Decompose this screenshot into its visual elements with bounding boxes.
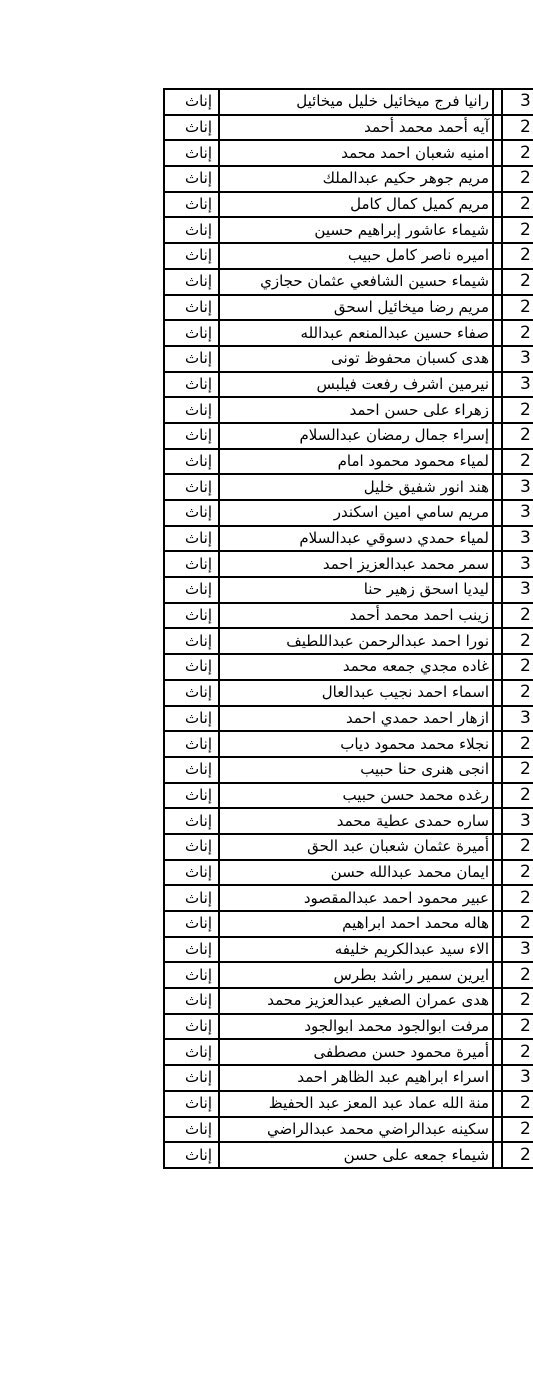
- serial-number-cell: 3: [502, 1065, 533, 1091]
- table-row: 2نورا احمد عبدالرحمن عبداللطيفإناث: [164, 628, 533, 654]
- table-body: 3رانيا فرج ميخائيل خليل ميخائيلإناث2آيه …: [164, 89, 533, 1168]
- serial-number-cell: 2: [502, 603, 533, 629]
- gender-cell: إناث: [164, 166, 219, 192]
- student-name-cell: مريم سامي امين اسكندر: [219, 500, 493, 526]
- table-row: 3ليديا اسحق زهير حناإناث: [164, 577, 533, 603]
- spacer-cell: [493, 783, 502, 809]
- gender-cell: إناث: [164, 1091, 219, 1117]
- serial-number-cell: 2: [502, 885, 533, 911]
- spacer-cell: [493, 243, 502, 269]
- serial-number-cell: 3: [502, 372, 533, 398]
- spacer-cell: [493, 988, 502, 1014]
- student-name-cell: ازهار احمد حمدي احمد: [219, 706, 493, 732]
- table-row: 2سكينه عبدالراضي محمد عبدالراضيإناث: [164, 1117, 533, 1143]
- spacer-cell: [493, 1142, 502, 1168]
- serial-number-cell: 2: [502, 911, 533, 937]
- serial-number-cell: 2: [502, 423, 533, 449]
- student-name-cell: شيماء حسين الشافعي عثمان حجازي: [219, 269, 493, 295]
- serial-number-cell: 3: [502, 89, 533, 115]
- gender-cell: إناث: [164, 1117, 219, 1143]
- serial-number-cell: 3: [502, 808, 533, 834]
- spacer-cell: [493, 731, 502, 757]
- student-name-cell: امنيه شعبان احمد محمد: [219, 140, 493, 166]
- table-row: 2صفاء حسين عبدالمنعم عبداللهإناث: [164, 320, 533, 346]
- serial-number-cell: 2: [502, 295, 533, 321]
- spacer-cell: [493, 706, 502, 732]
- spacer-cell: [493, 140, 502, 166]
- spacer-cell: [493, 1091, 502, 1117]
- spacer-cell: [493, 834, 502, 860]
- spacer-cell: [493, 295, 502, 321]
- table-row: 3هند انور شفيق خليلإناث: [164, 474, 533, 500]
- table-row: 2أميرة عثمان شعبان عبد الحقإناث: [164, 834, 533, 860]
- serial-number-cell: 2: [502, 962, 533, 988]
- students-table: 3رانيا فرج ميخائيل خليل ميخائيلإناث2آيه …: [163, 88, 533, 1169]
- gender-cell: إناث: [164, 911, 219, 937]
- serial-number-cell: 2: [502, 449, 533, 475]
- serial-number-cell: 2: [502, 680, 533, 706]
- student-name-cell: نيرمين اشرف رفعت فيلبس: [219, 372, 493, 398]
- student-name-cell: صفاء حسين عبدالمنعم عبدالله: [219, 320, 493, 346]
- student-name-cell: اسراء ابراهيم عبد الظاهر احمد: [219, 1065, 493, 1091]
- gender-cell: إناث: [164, 269, 219, 295]
- table-row: 2لمياء محمود محمود امامإناث: [164, 449, 533, 475]
- serial-number-cell: 2: [502, 269, 533, 295]
- student-name-cell: نورا احمد عبدالرحمن عبداللطيف: [219, 628, 493, 654]
- gender-cell: إناث: [164, 937, 219, 963]
- serial-number-cell: 2: [502, 783, 533, 809]
- gender-cell: إناث: [164, 346, 219, 372]
- student-name-cell: لمياء محمود محمود امام: [219, 449, 493, 475]
- serial-number-cell: 2: [502, 654, 533, 680]
- student-name-cell: هند انور شفيق خليل: [219, 474, 493, 500]
- table-row: 3الاء سيد عبدالكريم خليفهإناث: [164, 937, 533, 963]
- student-name-cell: ساره حمدى عطية محمد: [219, 808, 493, 834]
- table-row: 3لمياء حمدي دسوقي عبدالسلامإناث: [164, 526, 533, 552]
- table-row: 2آيه أحمد محمد أحمدإناث: [164, 115, 533, 141]
- spacer-cell: [493, 269, 502, 295]
- gender-cell: إناث: [164, 783, 219, 809]
- spacer-cell: [493, 500, 502, 526]
- student-name-cell: مريم كميل كمال كامل: [219, 192, 493, 218]
- spacer-cell: [493, 577, 502, 603]
- student-name-cell: أميرة محمود حسن مصطفى: [219, 1039, 493, 1065]
- student-name-cell: زهراء على حسن احمد: [219, 397, 493, 423]
- gender-cell: إناث: [164, 217, 219, 243]
- table-row: 2شيماء حسين الشافعي عثمان حجازيإناث: [164, 269, 533, 295]
- gender-cell: إناث: [164, 1142, 219, 1168]
- spacer-cell: [493, 526, 502, 552]
- spacer-cell: [493, 217, 502, 243]
- spacer-cell: [493, 1039, 502, 1065]
- spacer-cell: [493, 885, 502, 911]
- student-name-cell: انجى هنرى حنا حبيب: [219, 757, 493, 783]
- spacer-cell: [493, 449, 502, 475]
- serial-number-cell: 2: [502, 757, 533, 783]
- gender-cell: إناث: [164, 680, 219, 706]
- table-row: 2اسماء احمد نجيب عبدالعالإناث: [164, 680, 533, 706]
- spacer-cell: [493, 628, 502, 654]
- gender-cell: إناث: [164, 449, 219, 475]
- spacer-cell: [493, 1065, 502, 1091]
- table-row: 2انجى هنرى حنا حبيبإناث: [164, 757, 533, 783]
- spacer-cell: [493, 680, 502, 706]
- student-name-cell: هاله محمد احمد ابراهيم: [219, 911, 493, 937]
- serial-number-cell: 2: [502, 397, 533, 423]
- serial-number-cell: 3: [502, 474, 533, 500]
- serial-number-cell: 2: [502, 1039, 533, 1065]
- gender-cell: إناث: [164, 192, 219, 218]
- serial-number-cell: 2: [502, 1014, 533, 1040]
- gender-cell: إناث: [164, 1014, 219, 1040]
- table-row: 2ايمان محمد عبدالله حسنإناث: [164, 860, 533, 886]
- table-row: 2زينب احمد محمد أحمدإناث: [164, 603, 533, 629]
- serial-number-cell: 2: [502, 988, 533, 1014]
- spacer-cell: [493, 474, 502, 500]
- student-name-cell: اميره ناصر كامل حبيب: [219, 243, 493, 269]
- student-name-cell: مرفت ابوالجود محمد ابوالجود: [219, 1014, 493, 1040]
- gender-cell: إناث: [164, 89, 219, 115]
- student-name-cell: أميرة عثمان شعبان عبد الحق: [219, 834, 493, 860]
- spacer-cell: [493, 115, 502, 141]
- student-name-cell: ايمان محمد عبدالله حسن: [219, 860, 493, 886]
- spacer-cell: [493, 192, 502, 218]
- gender-cell: إناث: [164, 654, 219, 680]
- serial-number-cell: 3: [502, 577, 533, 603]
- table-row: 2شيماء عاشور إبراهيم حسينإناث: [164, 217, 533, 243]
- table-row: 3رانيا فرج ميخائيل خليل ميخائيلإناث: [164, 89, 533, 115]
- spacer-cell: [493, 808, 502, 834]
- serial-number-cell: 2: [502, 243, 533, 269]
- gender-cell: إناث: [164, 320, 219, 346]
- serial-number-cell: 2: [502, 217, 533, 243]
- serial-number-cell: 2: [502, 320, 533, 346]
- student-name-cell: هدى عمران الصغير عبدالعزيز محمد: [219, 988, 493, 1014]
- gender-cell: إناث: [164, 526, 219, 552]
- serial-number-cell: 2: [502, 860, 533, 886]
- student-name-cell: سمر محمد عبدالعزيز احمد: [219, 551, 493, 577]
- student-name-cell: مريم جوهر حكيم عبدالملك: [219, 166, 493, 192]
- spacer-cell: [493, 166, 502, 192]
- student-name-cell: رانيا فرج ميخائيل خليل ميخائيل: [219, 89, 493, 115]
- serial-number-cell: 2: [502, 834, 533, 860]
- student-name-cell: شيماء عاشور إبراهيم حسين: [219, 217, 493, 243]
- gender-cell: إناث: [164, 628, 219, 654]
- student-name-cell: الاء سيد عبدالكريم خليفه: [219, 937, 493, 963]
- serial-number-cell: 3: [502, 500, 533, 526]
- gender-cell: إناث: [164, 295, 219, 321]
- gender-cell: إناث: [164, 834, 219, 860]
- student-name-cell: عبير محمود احمد عبدالمقصود: [219, 885, 493, 911]
- student-name-cell: نجلاء محمد محمود دياب: [219, 731, 493, 757]
- serial-number-cell: 2: [502, 628, 533, 654]
- gender-cell: إناث: [164, 1039, 219, 1065]
- student-name-cell: سكينه عبدالراضي محمد عبدالراضي: [219, 1117, 493, 1143]
- gender-cell: إناث: [164, 577, 219, 603]
- student-name-cell: اسماء احمد نجيب عبدالعال: [219, 680, 493, 706]
- gender-cell: إناث: [164, 500, 219, 526]
- spacer-cell: [493, 320, 502, 346]
- spacer-cell: [493, 603, 502, 629]
- table-row: 3سمر محمد عبدالعزيز احمدإناث: [164, 551, 533, 577]
- table-row: 2إسراء جمال رمضان عبدالسلامإناث: [164, 423, 533, 449]
- table-row: 2غاده مجدي جمعه محمدإناث: [164, 654, 533, 680]
- serial-number-cell: 2: [502, 192, 533, 218]
- student-name-cell: مريم رضا ميخائيل اسحق: [219, 295, 493, 321]
- table-row: 2نجلاء محمد محمود ديابإناث: [164, 731, 533, 757]
- table-row: 3نيرمين اشرف رفعت فيلبسإناث: [164, 372, 533, 398]
- spacer-cell: [493, 937, 502, 963]
- gender-cell: إناث: [164, 474, 219, 500]
- gender-cell: إناث: [164, 140, 219, 166]
- serial-number-cell: 3: [502, 937, 533, 963]
- serial-number-cell: 2: [502, 1142, 533, 1168]
- serial-number-cell: 2: [502, 166, 533, 192]
- spacer-cell: [493, 1014, 502, 1040]
- table-row: 3هدى كسبان محفوظ تونىإناث: [164, 346, 533, 372]
- document-page: 3رانيا فرج ميخائيل خليل ميخائيلإناث2آيه …: [0, 0, 533, 1400]
- gender-cell: إناث: [164, 962, 219, 988]
- table-row: 2هاله محمد احمد ابراهيمإناث: [164, 911, 533, 937]
- serial-number-cell: 3: [502, 706, 533, 732]
- gender-cell: إناث: [164, 860, 219, 886]
- serial-number-cell: 2: [502, 731, 533, 757]
- student-name-cell: هدى كسبان محفوظ تونى: [219, 346, 493, 372]
- gender-cell: إناث: [164, 372, 219, 398]
- spacer-cell: [493, 757, 502, 783]
- student-name-cell: آيه أحمد محمد أحمد: [219, 115, 493, 141]
- table-row: 2زهراء على حسن احمدإناث: [164, 397, 533, 423]
- gender-cell: إناث: [164, 706, 219, 732]
- serial-number-cell: 2: [502, 1091, 533, 1117]
- spacer-cell: [493, 962, 502, 988]
- serial-number-cell: 2: [502, 140, 533, 166]
- gender-cell: إناث: [164, 885, 219, 911]
- table-row: 2مرفت ابوالجود محمد ابوالجودإناث: [164, 1014, 533, 1040]
- spacer-cell: [493, 372, 502, 398]
- student-name-cell: رغده محمد حسن حبيب: [219, 783, 493, 809]
- table-row: 2رغده محمد حسن حبيبإناث: [164, 783, 533, 809]
- table-row: 2هدى عمران الصغير عبدالعزيز محمدإناث: [164, 988, 533, 1014]
- gender-cell: إناث: [164, 551, 219, 577]
- student-name-cell: لمياء حمدي دسوقي عبدالسلام: [219, 526, 493, 552]
- table-row: 2مريم رضا ميخائيل اسحقإناث: [164, 295, 533, 321]
- student-name-cell: ايرين سمير راشد بطرس: [219, 962, 493, 988]
- spacer-cell: [493, 423, 502, 449]
- table-row: 2شيماء جمعه على حسنإناث: [164, 1142, 533, 1168]
- table-row: 3مريم سامي امين اسكندرإناث: [164, 500, 533, 526]
- gender-cell: إناث: [164, 988, 219, 1014]
- spacer-cell: [493, 397, 502, 423]
- table-row: 2أميرة محمود حسن مصطفىإناث: [164, 1039, 533, 1065]
- table-row: 3ساره حمدى عطية محمدإناث: [164, 808, 533, 834]
- spacer-cell: [493, 911, 502, 937]
- student-name-cell: ليديا اسحق زهير حنا: [219, 577, 493, 603]
- gender-cell: إناث: [164, 731, 219, 757]
- spacer-cell: [493, 654, 502, 680]
- table-row: 3ازهار احمد حمدي احمدإناث: [164, 706, 533, 732]
- spacer-cell: [493, 346, 502, 372]
- serial-number-cell: 2: [502, 1117, 533, 1143]
- table-row: 2مريم جوهر حكيم عبدالملكإناث: [164, 166, 533, 192]
- table-row: 2مريم كميل كمال كاملإناث: [164, 192, 533, 218]
- student-name-cell: غاده مجدي جمعه محمد: [219, 654, 493, 680]
- student-name-cell: زينب احمد محمد أحمد: [219, 603, 493, 629]
- student-name-cell: إسراء جمال رمضان عبدالسلام: [219, 423, 493, 449]
- table-row: 2عبير محمود احمد عبدالمقصودإناث: [164, 885, 533, 911]
- serial-number-cell: 3: [502, 346, 533, 372]
- gender-cell: إناث: [164, 757, 219, 783]
- gender-cell: إناث: [164, 808, 219, 834]
- table-row: 2امنيه شعبان احمد محمدإناث: [164, 140, 533, 166]
- serial-number-cell: 3: [502, 526, 533, 552]
- gender-cell: إناث: [164, 115, 219, 141]
- student-name-cell: شيماء جمعه على حسن: [219, 1142, 493, 1168]
- spacer-cell: [493, 89, 502, 115]
- serial-number-cell: 3: [502, 551, 533, 577]
- serial-number-cell: 2: [502, 115, 533, 141]
- spacer-cell: [493, 551, 502, 577]
- gender-cell: إناث: [164, 397, 219, 423]
- table-row: 2اميره ناصر كامل حبيبإناث: [164, 243, 533, 269]
- student-name-cell: منة الله عماد عبد المعز عبد الحفيظ: [219, 1091, 493, 1117]
- gender-cell: إناث: [164, 243, 219, 269]
- table-row: 2منة الله عماد عبد المعز عبد الحفيظإناث: [164, 1091, 533, 1117]
- spacer-cell: [493, 860, 502, 886]
- gender-cell: إناث: [164, 423, 219, 449]
- spacer-cell: [493, 1117, 502, 1143]
- table-row: 2ايرين سمير راشد بطرسإناث: [164, 962, 533, 988]
- table-row: 3اسراء ابراهيم عبد الظاهر احمدإناث: [164, 1065, 533, 1091]
- gender-cell: إناث: [164, 1065, 219, 1091]
- gender-cell: إناث: [164, 603, 219, 629]
